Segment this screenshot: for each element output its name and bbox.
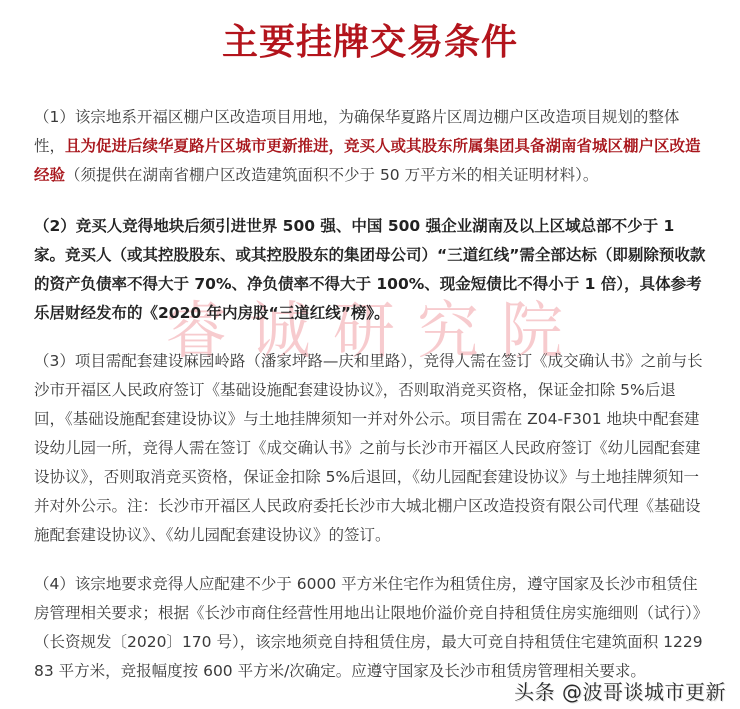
condition-paragraph-1: （1）该宗地系开福区棚户区改造项目用地，为确保华夏路片区周边棚户区改造项目规划的… bbox=[34, 103, 706, 190]
page-title: 主要挂牌交易条件 bbox=[0, 20, 740, 66]
condition-paragraph-2: （2）竞买人竞得地块后须引进世界 500 强、中国 500 强企业湖南及以上区域… bbox=[34, 212, 706, 328]
condition-paragraph-3: （3）项目需配套建设麻园岭路（潘家坪路—庆和里路），竞得人需在签订《成交确认书》… bbox=[34, 347, 706, 550]
condition-paragraph-4: （4）该宗地要求竞得人应配建不少于 6000 平方米住宅作为租赁住房，遵守国家及… bbox=[34, 570, 706, 686]
paragraph-1-note: （须提供在湖南省棚户区改造建筑面积不少于 50 万平方米的相关证明材料）。 bbox=[65, 166, 598, 184]
